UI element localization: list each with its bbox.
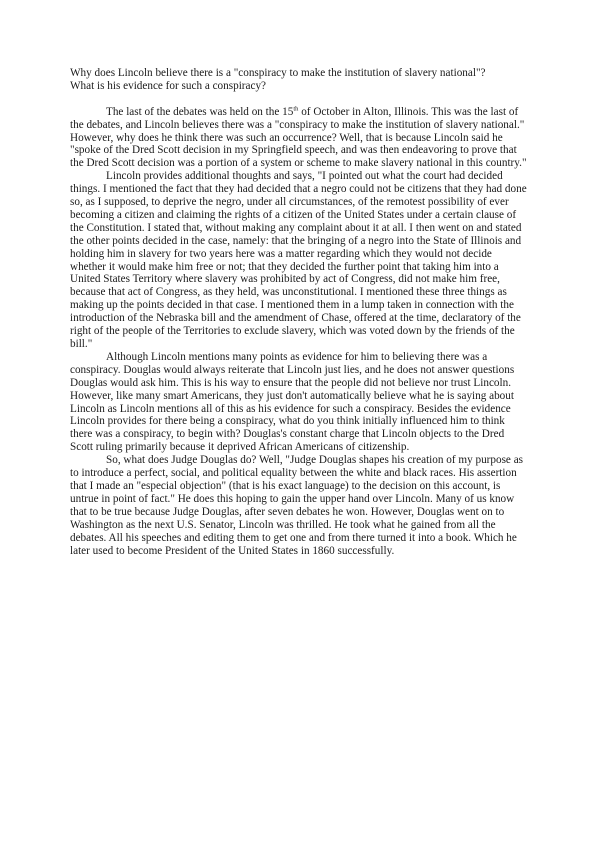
paragraph-1: The last of the debates was held on the … xyxy=(70,106,528,171)
essay-question: Why does Lincoln believe there is a "con… xyxy=(70,67,528,93)
paragraph-4: So, what does Judge Douglas do? Well, "J… xyxy=(70,454,528,557)
paragraph-2: Lincoln provides additional thoughts and… xyxy=(70,170,528,351)
document-page: Why does Lincoln believe there is a "con… xyxy=(70,67,528,557)
paragraph-3: Although Lincoln mentions many points as… xyxy=(70,351,528,454)
question-line-2: What is his evidence for such a conspira… xyxy=(70,80,266,92)
question-line-1: Why does Lincoln believe there is a "con… xyxy=(70,67,486,79)
paragraph-1-text-a: The last of the debates was held on the … xyxy=(106,106,293,118)
